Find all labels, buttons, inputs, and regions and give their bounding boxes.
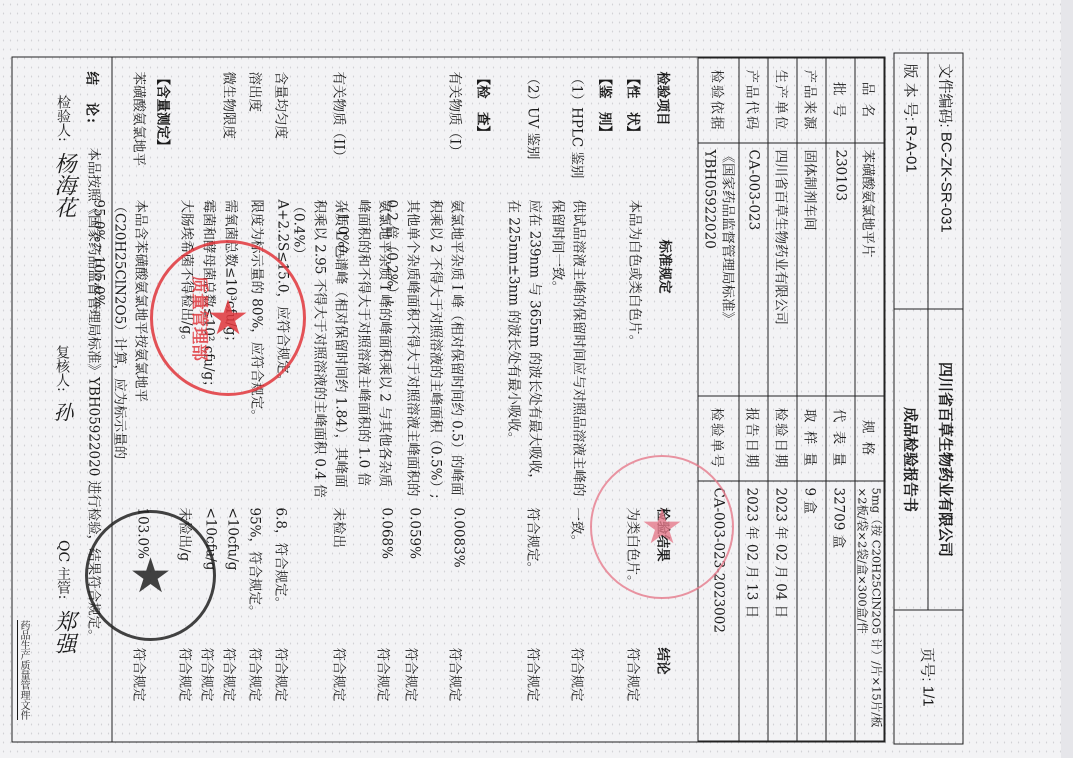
quality-department-stamp: ★ 质量管理部	[150, 240, 306, 396]
reviewer-block: 复核人: 孙	[48, 345, 77, 422]
overlay: 检验人: 杨海花 复核人: 孙 QC 主管: 郑强 药品生产质量管理文件 ★ 质…	[0, 0, 1073, 758]
inspector-block: 检验人: 杨海花	[48, 95, 79, 218]
star-icon: ★	[640, 503, 683, 551]
inspector-signature: 杨海花	[51, 152, 76, 218]
inspection-stamp: ★	[85, 510, 216, 641]
star-icon: ★	[129, 552, 172, 600]
reviewer-label: 复核人:	[54, 345, 70, 392]
qc-label: QC 主管:	[55, 540, 71, 599]
inspector-label: 检验人:	[55, 95, 71, 142]
stamp-text: 质量管理部	[189, 276, 214, 361]
certificate-stamp: ★	[590, 455, 734, 599]
qc-signature: 郑强	[51, 610, 76, 654]
reviewer-signature: 孙	[50, 402, 74, 422]
footer-note: 药品生产质量管理文件	[16, 620, 31, 720]
qc-block: QC 主管: 郑强	[48, 540, 79, 654]
